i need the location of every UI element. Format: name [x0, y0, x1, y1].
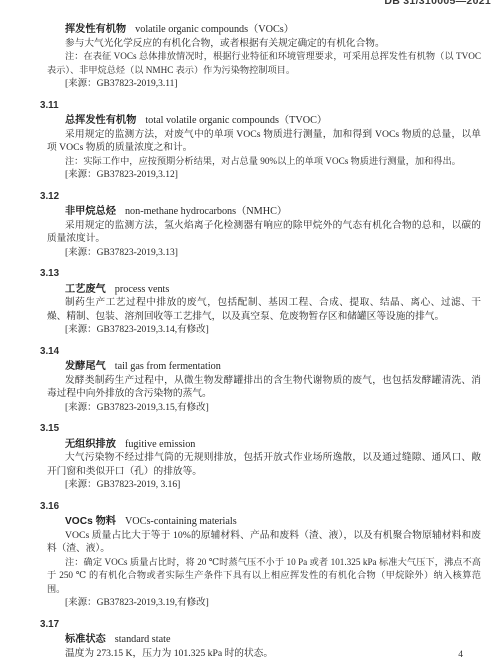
note-text: 注：实际工作中，应按预期分析结果，对占总量 90%以上的单项 VOCs 物质进行…	[47, 155, 481, 169]
term-section: 3.16 VOCs 物料VOCs-containing materials VO…	[47, 500, 481, 611]
term-chinese: 挥发性有机物	[65, 24, 126, 35]
term-heading: 工艺废气process vents	[47, 281, 481, 297]
term-section: 3.15 无组织排放fugitive emission 大气污染物不经过排气筒的…	[47, 422, 481, 493]
section-number: 3.11	[40, 99, 481, 113]
term-english: tail gas from fermentation	[115, 361, 221, 372]
definition-text: 参与大气光化学反应的有机化合物，或者根据有关规定确定的有机化合物。	[47, 37, 481, 51]
term-heading: 发酵尾气tail gas from fermentation	[47, 358, 481, 374]
section-number: 3.12	[40, 190, 481, 204]
term-chinese: 工艺废气	[65, 284, 106, 295]
definition-text: 制药生产工艺过程中排放的废气，包括配制、基因工程、合成、提取、结晶、离心、过滤、…	[47, 296, 481, 323]
term-heading: 无组织排放fugitive emission	[47, 436, 481, 452]
term-section: 挥发性有机物volatile organic compounds（VOCs） 参…	[47, 21, 481, 92]
terms-definitions-content: 挥发性有机物volatile organic compounds（VOCs） 参…	[47, 0, 481, 660]
section-number: 3.13	[40, 267, 481, 281]
term-heading: 总挥发性有机物total volatile organic compounds（…	[47, 112, 481, 128]
term-chinese: 总挥发性有机物	[65, 115, 136, 126]
term-english: total volatile organic compounds（TVOC）	[145, 115, 327, 126]
term-english: volatile organic compounds（VOCs）	[135, 24, 294, 35]
term-chinese: 非甲烷总烃	[65, 206, 116, 217]
section-number: 3.15	[40, 422, 481, 436]
definition-text: 温度为 273.15 K，压力为 101.325 kPa 时的状态。	[47, 647, 481, 661]
source-reference: [来源：GB37823-2019,3.11]	[47, 78, 481, 92]
source-reference: [来源：GB37823-2019,3.13]	[47, 247, 481, 261]
section-number: 3.17	[40, 618, 481, 632]
source-reference: [来源：GB37823-2019,3.12]	[47, 169, 481, 183]
term-english: standard state	[115, 634, 171, 645]
definition-text: 发酵类制药生产过程中，从微生物发酵罐排出的含生物代谢物质的废气，也包括发酵罐清洗…	[47, 374, 481, 401]
source-reference: [来源：GB37823-2019,3.15,有修改]	[47, 402, 481, 416]
term-english: process vents	[115, 284, 170, 295]
definition-text: VOCs 质量占比大于等于 10%的原辅材料、产品和废料（渣、液），以及有机聚合…	[47, 529, 481, 556]
term-chinese: 无组织排放	[65, 439, 116, 450]
definition-text: 采用规定的监测方法，对废气中的单项 VOCs 物质进行测量，加和得到 VOCs …	[47, 128, 481, 155]
term-heading: 标准状态standard state	[47, 631, 481, 647]
term-section: 3.13 工艺废气process vents 制药生产工艺过程中排放的废气，包括…	[47, 267, 481, 338]
note-text: 注：在表征 VOCs 总体排放情况时，根据行业特征和环境管理要求，可采用总挥发性…	[47, 50, 481, 77]
term-section: 3.11 总挥发性有机物total volatile organic compo…	[47, 99, 481, 183]
term-section: 3.17 标准状态standard state 温度为 273.15 K，压力为…	[47, 618, 481, 661]
definition-text: 大气污染物不经过排气筒的无规则排放，包括开放式作业场所逸散，以及通过缝隙、通风口…	[47, 451, 481, 478]
term-heading: 挥发性有机物volatile organic compounds（VOCs）	[47, 21, 481, 37]
term-english: VOCs-containing materials	[125, 516, 237, 527]
page-number: 4	[458, 650, 463, 660]
term-english: non-methane hydrocarbons（NMHC）	[125, 206, 287, 217]
definition-text: 采用规定的监测方法，氢火焰离子化检测器有响应的除甲烷外的气态有机化合物的总和，以…	[47, 219, 481, 246]
term-chinese: VOCs 物料	[65, 516, 116, 527]
document-page: DB 31/310005—2021 挥发性有机物volatile organic…	[0, 0, 502, 669]
source-reference: [来源：GB37823-2019,3.19,有修改]	[47, 597, 481, 611]
section-number: 3.16	[40, 500, 481, 514]
note-text: 注：确定 VOCs 质量占比时，将 20 ℃时蒸气压不小于 10 Pa 或者 1…	[47, 556, 481, 597]
source-reference: [来源：GB37823-2019, 3.16]	[47, 479, 481, 493]
term-heading: VOCs 物料VOCs-containing materials	[47, 513, 481, 529]
source-reference: [来源：GB37823-2019,3.14,有修改]	[47, 324, 481, 338]
term-chinese: 发酵尾气	[65, 361, 106, 372]
term-section: 3.14 发酵尾气tail gas from fermentation 发酵类制…	[47, 345, 481, 416]
section-number: 3.14	[40, 345, 481, 359]
term-english: fugitive emission	[125, 439, 195, 450]
term-section: 3.12 非甲烷总烃non-methane hydrocarbons（NMHC）…	[47, 190, 481, 261]
term-heading: 非甲烷总烃non-methane hydrocarbons（NMHC）	[47, 203, 481, 219]
term-chinese: 标准状态	[65, 634, 106, 645]
